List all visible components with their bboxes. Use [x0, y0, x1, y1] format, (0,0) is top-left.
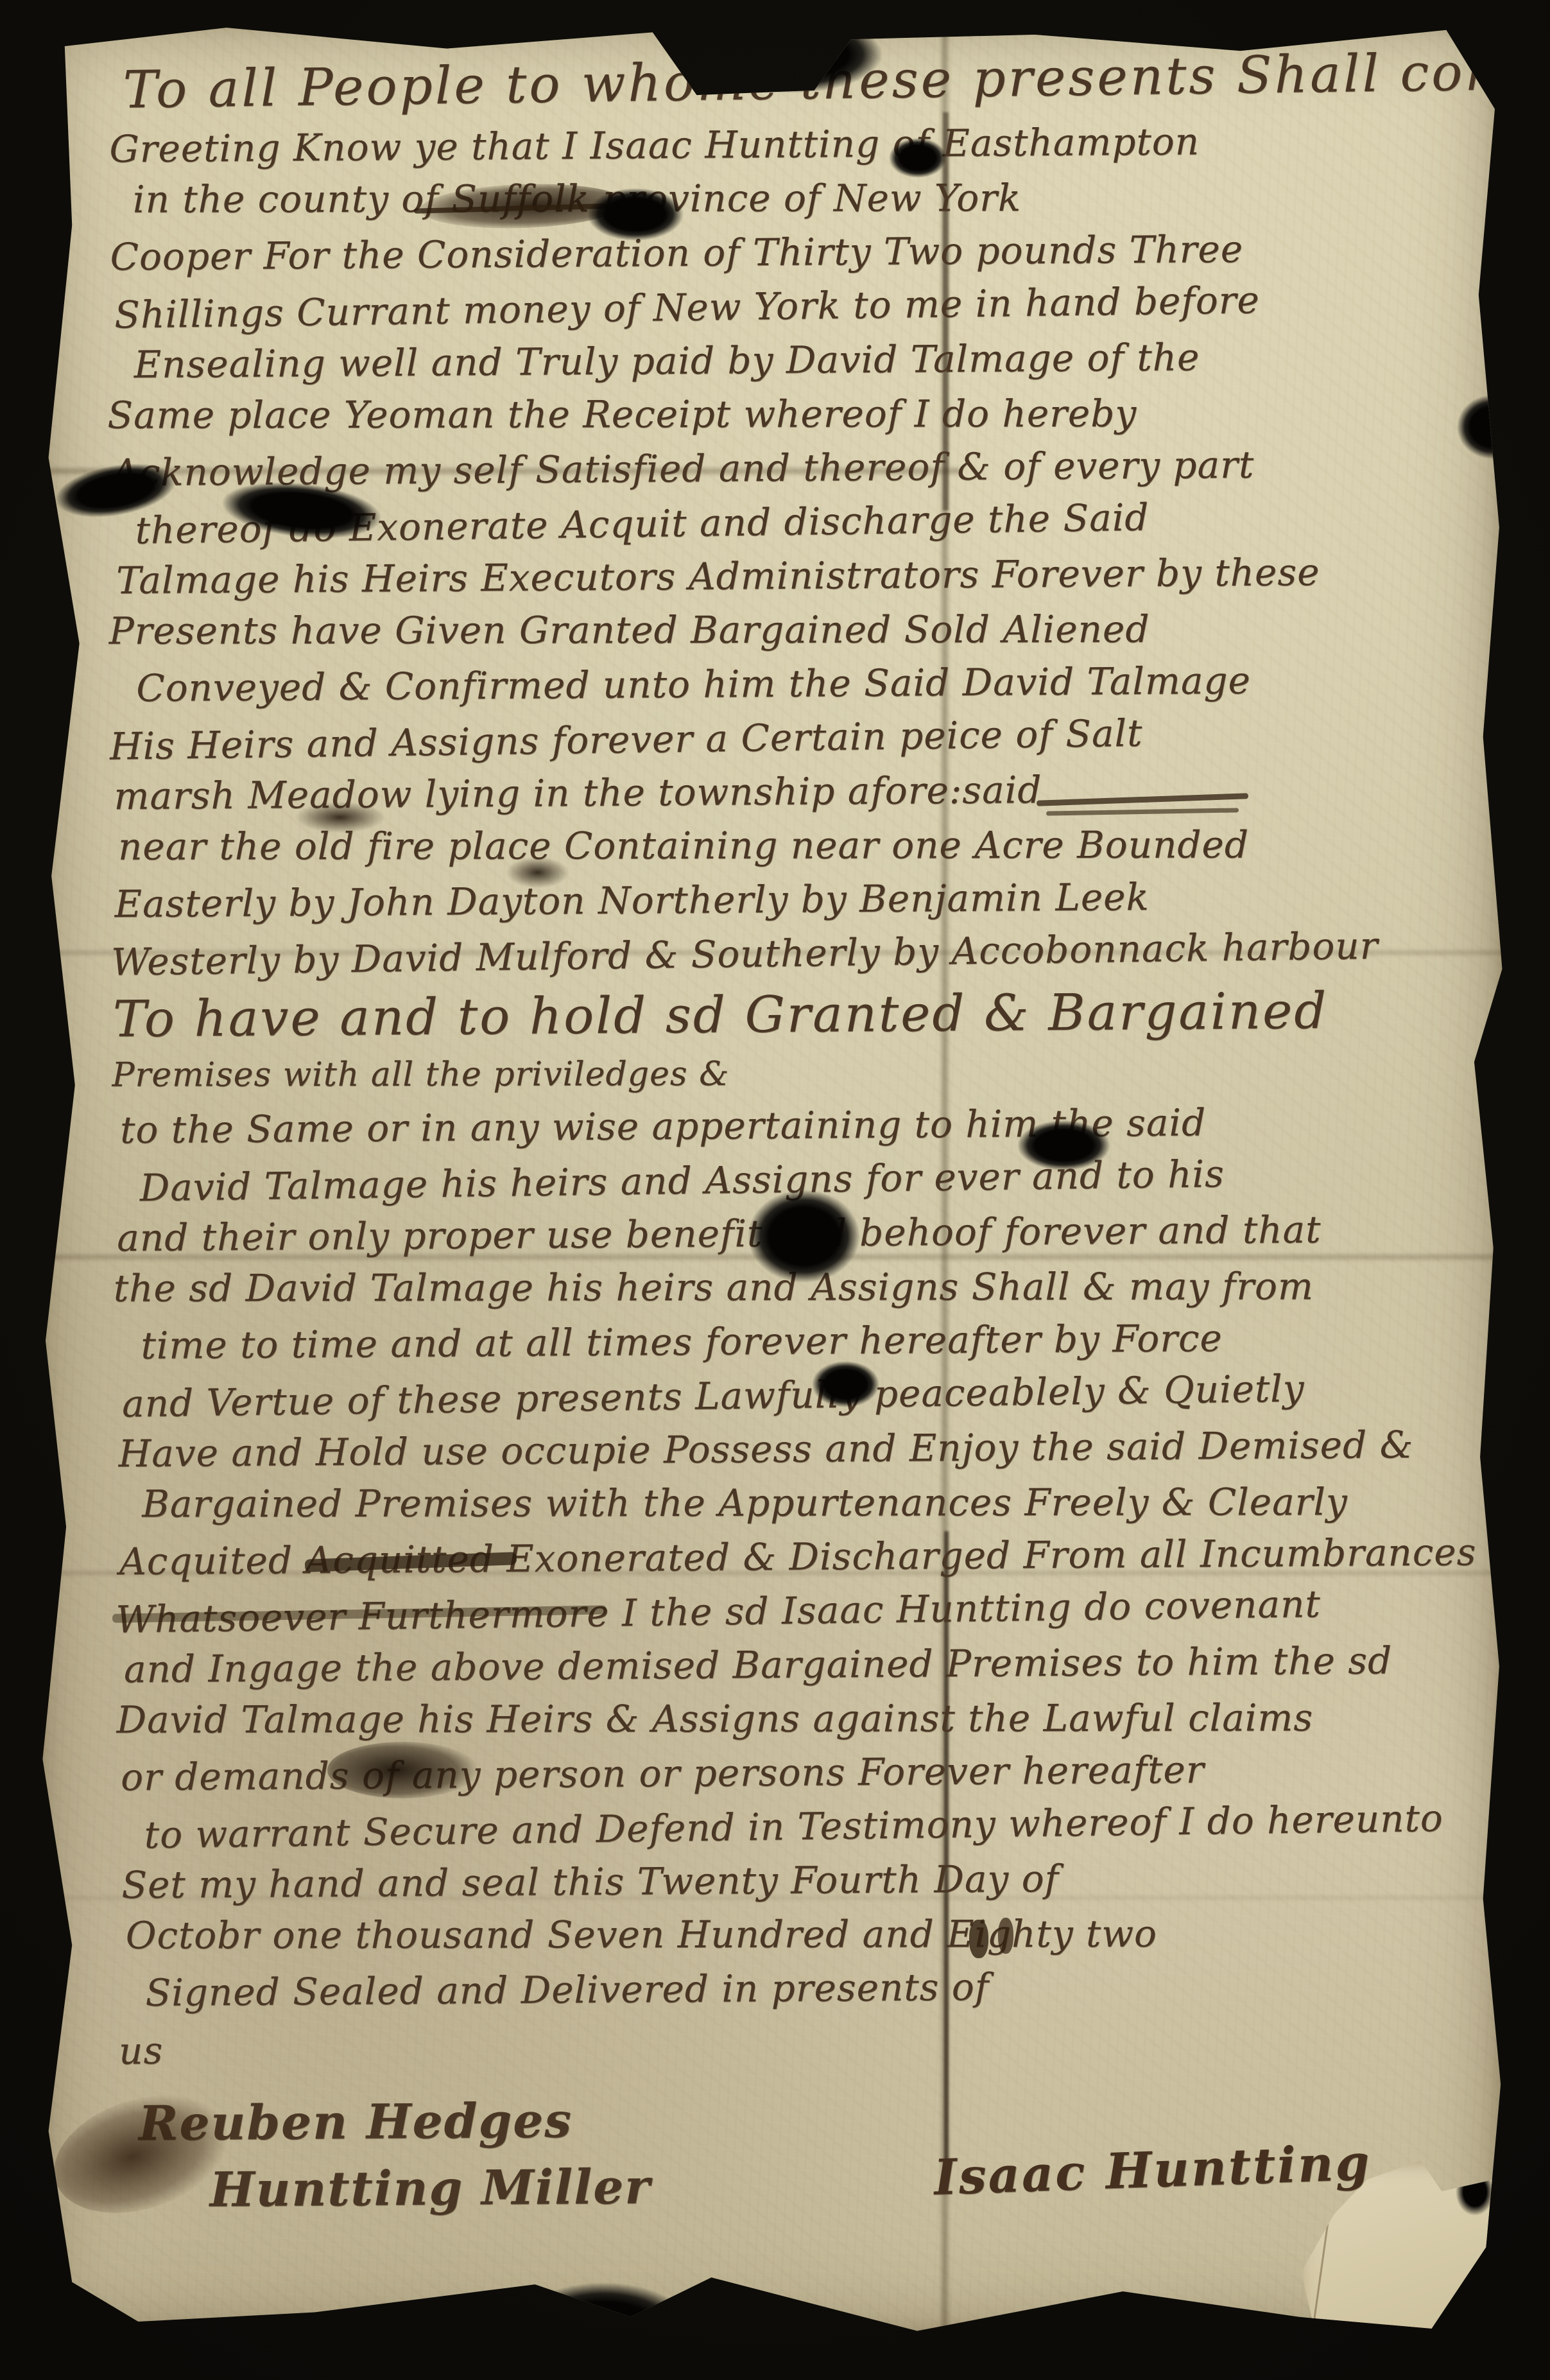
manuscript-line: near the old fire place Containing near …	[118, 817, 1465, 874]
manuscript-line: To have and to hold sd Granted & Bargain…	[113, 975, 1467, 1054]
manuscript-line: in the county of Suffolk province of New…	[133, 170, 1460, 227]
manuscript-paper: To all People to whome these presents Sh…	[35, 16, 1505, 2340]
manuscript-line: Same place Yeoman the Receipt whereof I …	[107, 386, 1461, 442]
manuscript-line: the sd David Talmage his heirs and Assig…	[114, 1259, 1468, 1316]
manuscript-line: Octobr one thousand Seven Hundred and Ei…	[126, 1906, 1472, 1963]
manuscript-line: Presents have Given Granted Bargained So…	[109, 602, 1463, 658]
manuscript-line: To all People to whome these presents Sh…	[123, 37, 1460, 126]
paper-edge-tear	[510, 2282, 696, 2380]
manuscript-line: Premises with all the priviledges &	[112, 1048, 1466, 1100]
manuscript-line: David Talmage his Heirs & Assigns agains…	[116, 1690, 1470, 1747]
document-photo: { "colors": { "backdrop": "#0b0a07", "pa…	[0, 0, 1550, 2380]
manuscript-line: Bargained Premises with the Appurtenance…	[142, 1475, 1469, 1531]
deed-text: To all People to whome these presents Sh…	[28, 11, 1513, 2225]
seal-crease	[1309, 2196, 1332, 2345]
